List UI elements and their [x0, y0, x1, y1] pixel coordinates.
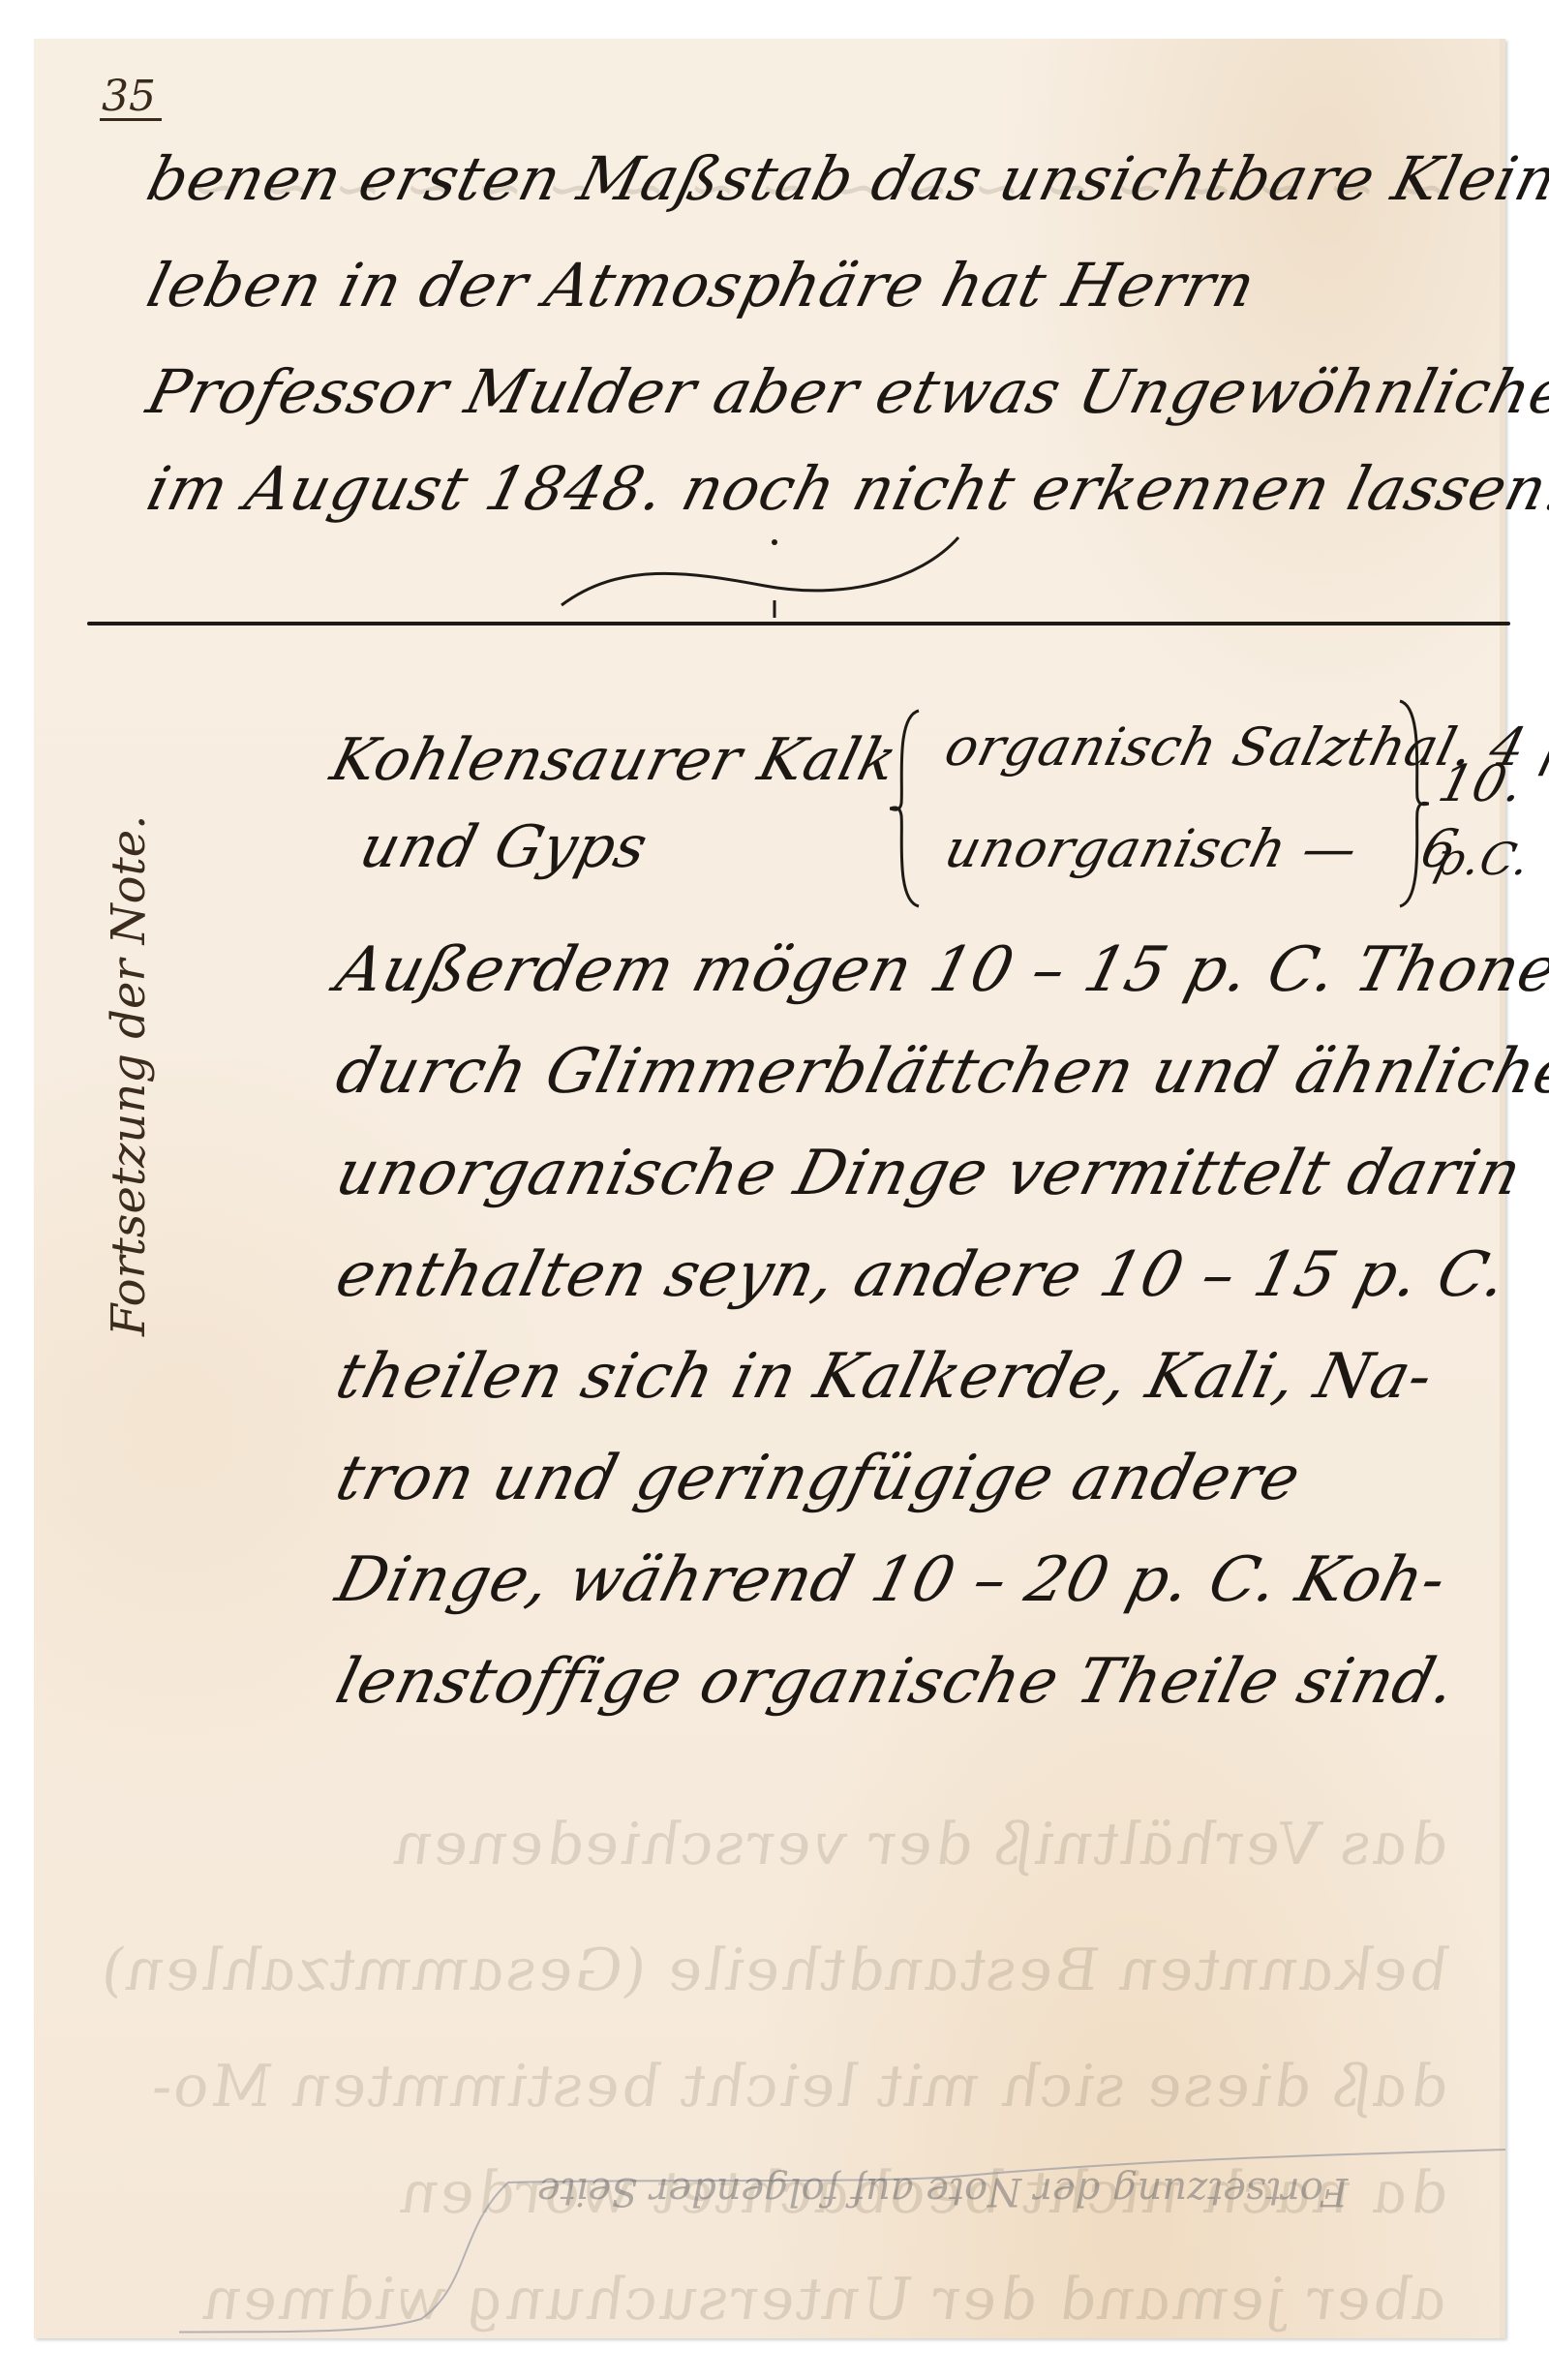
text-line: enthalten seyn, andere 10 – 15 p. C.	[329, 1239, 1515, 1311]
table-label-line: und Gyps	[353, 813, 654, 881]
left-brace-icon	[886, 707, 925, 910]
flourish-ornament	[552, 533, 978, 620]
manuscript-page: ~ ~ ~ ~ ~ ~ ~ ~ ~ ~ ~ ~ ~ ~ ~ ~ ~ ~ das …	[34, 39, 1505, 2338]
bleed-through-line: das Verhältniß der verschiedenen	[101, 1811, 1459, 1878]
text-line: tron und geringfügige andere	[329, 1443, 1308, 1514]
text-line: unorganische Dinge vermittelt darin	[329, 1138, 1529, 1209]
table-row: unorganisch — 6	[939, 818, 1465, 879]
bleed-through-line: bekannten Bestandtheile (Gesammtzahlen)	[101, 1937, 1459, 2004]
text-line: Professor Mulder aber etwas Ungewöhnlich…	[140, 356, 1549, 427]
margin-note: Fortsetzung der Note.	[102, 815, 156, 1336]
table-label-line: Kohlensaurer Kalk	[324, 726, 904, 794]
text-line: im August 1848. noch nicht erkennen lass…	[140, 453, 1549, 524]
text-line: durch Glimmerblättchen und ähnliche	[329, 1036, 1549, 1108]
table-total-unit: p.C.	[1430, 833, 1536, 885]
text-line: benen ersten Maßstab das unsichtbare Kle…	[140, 143, 1549, 214]
text-line: Außerdem mögen 10 – 15 p. C. Thonerde	[329, 934, 1549, 1006]
page-number: 35	[100, 76, 162, 121]
table-total: 10.	[1433, 755, 1531, 813]
text-line: lenstoffige organische Theile sind.	[329, 1646, 1464, 1718]
text-line: Dinge, während 10 – 20 p. C. Koh-	[329, 1544, 1454, 1616]
pencil-boundary-line	[179, 2111, 1505, 2343]
row-label: unorganisch —	[939, 818, 1364, 879]
text-line: leben in der Atmosphäre hat Herrn	[140, 250, 1263, 320]
right-brace-icon	[1394, 697, 1433, 910]
text-line: theilen sich in Kalkerde, Kali, Na-	[329, 1341, 1441, 1413]
section-divider	[87, 622, 1510, 626]
pencil-note: Fortsetzung der Note auf folgender Seite	[537, 2169, 1348, 2213]
